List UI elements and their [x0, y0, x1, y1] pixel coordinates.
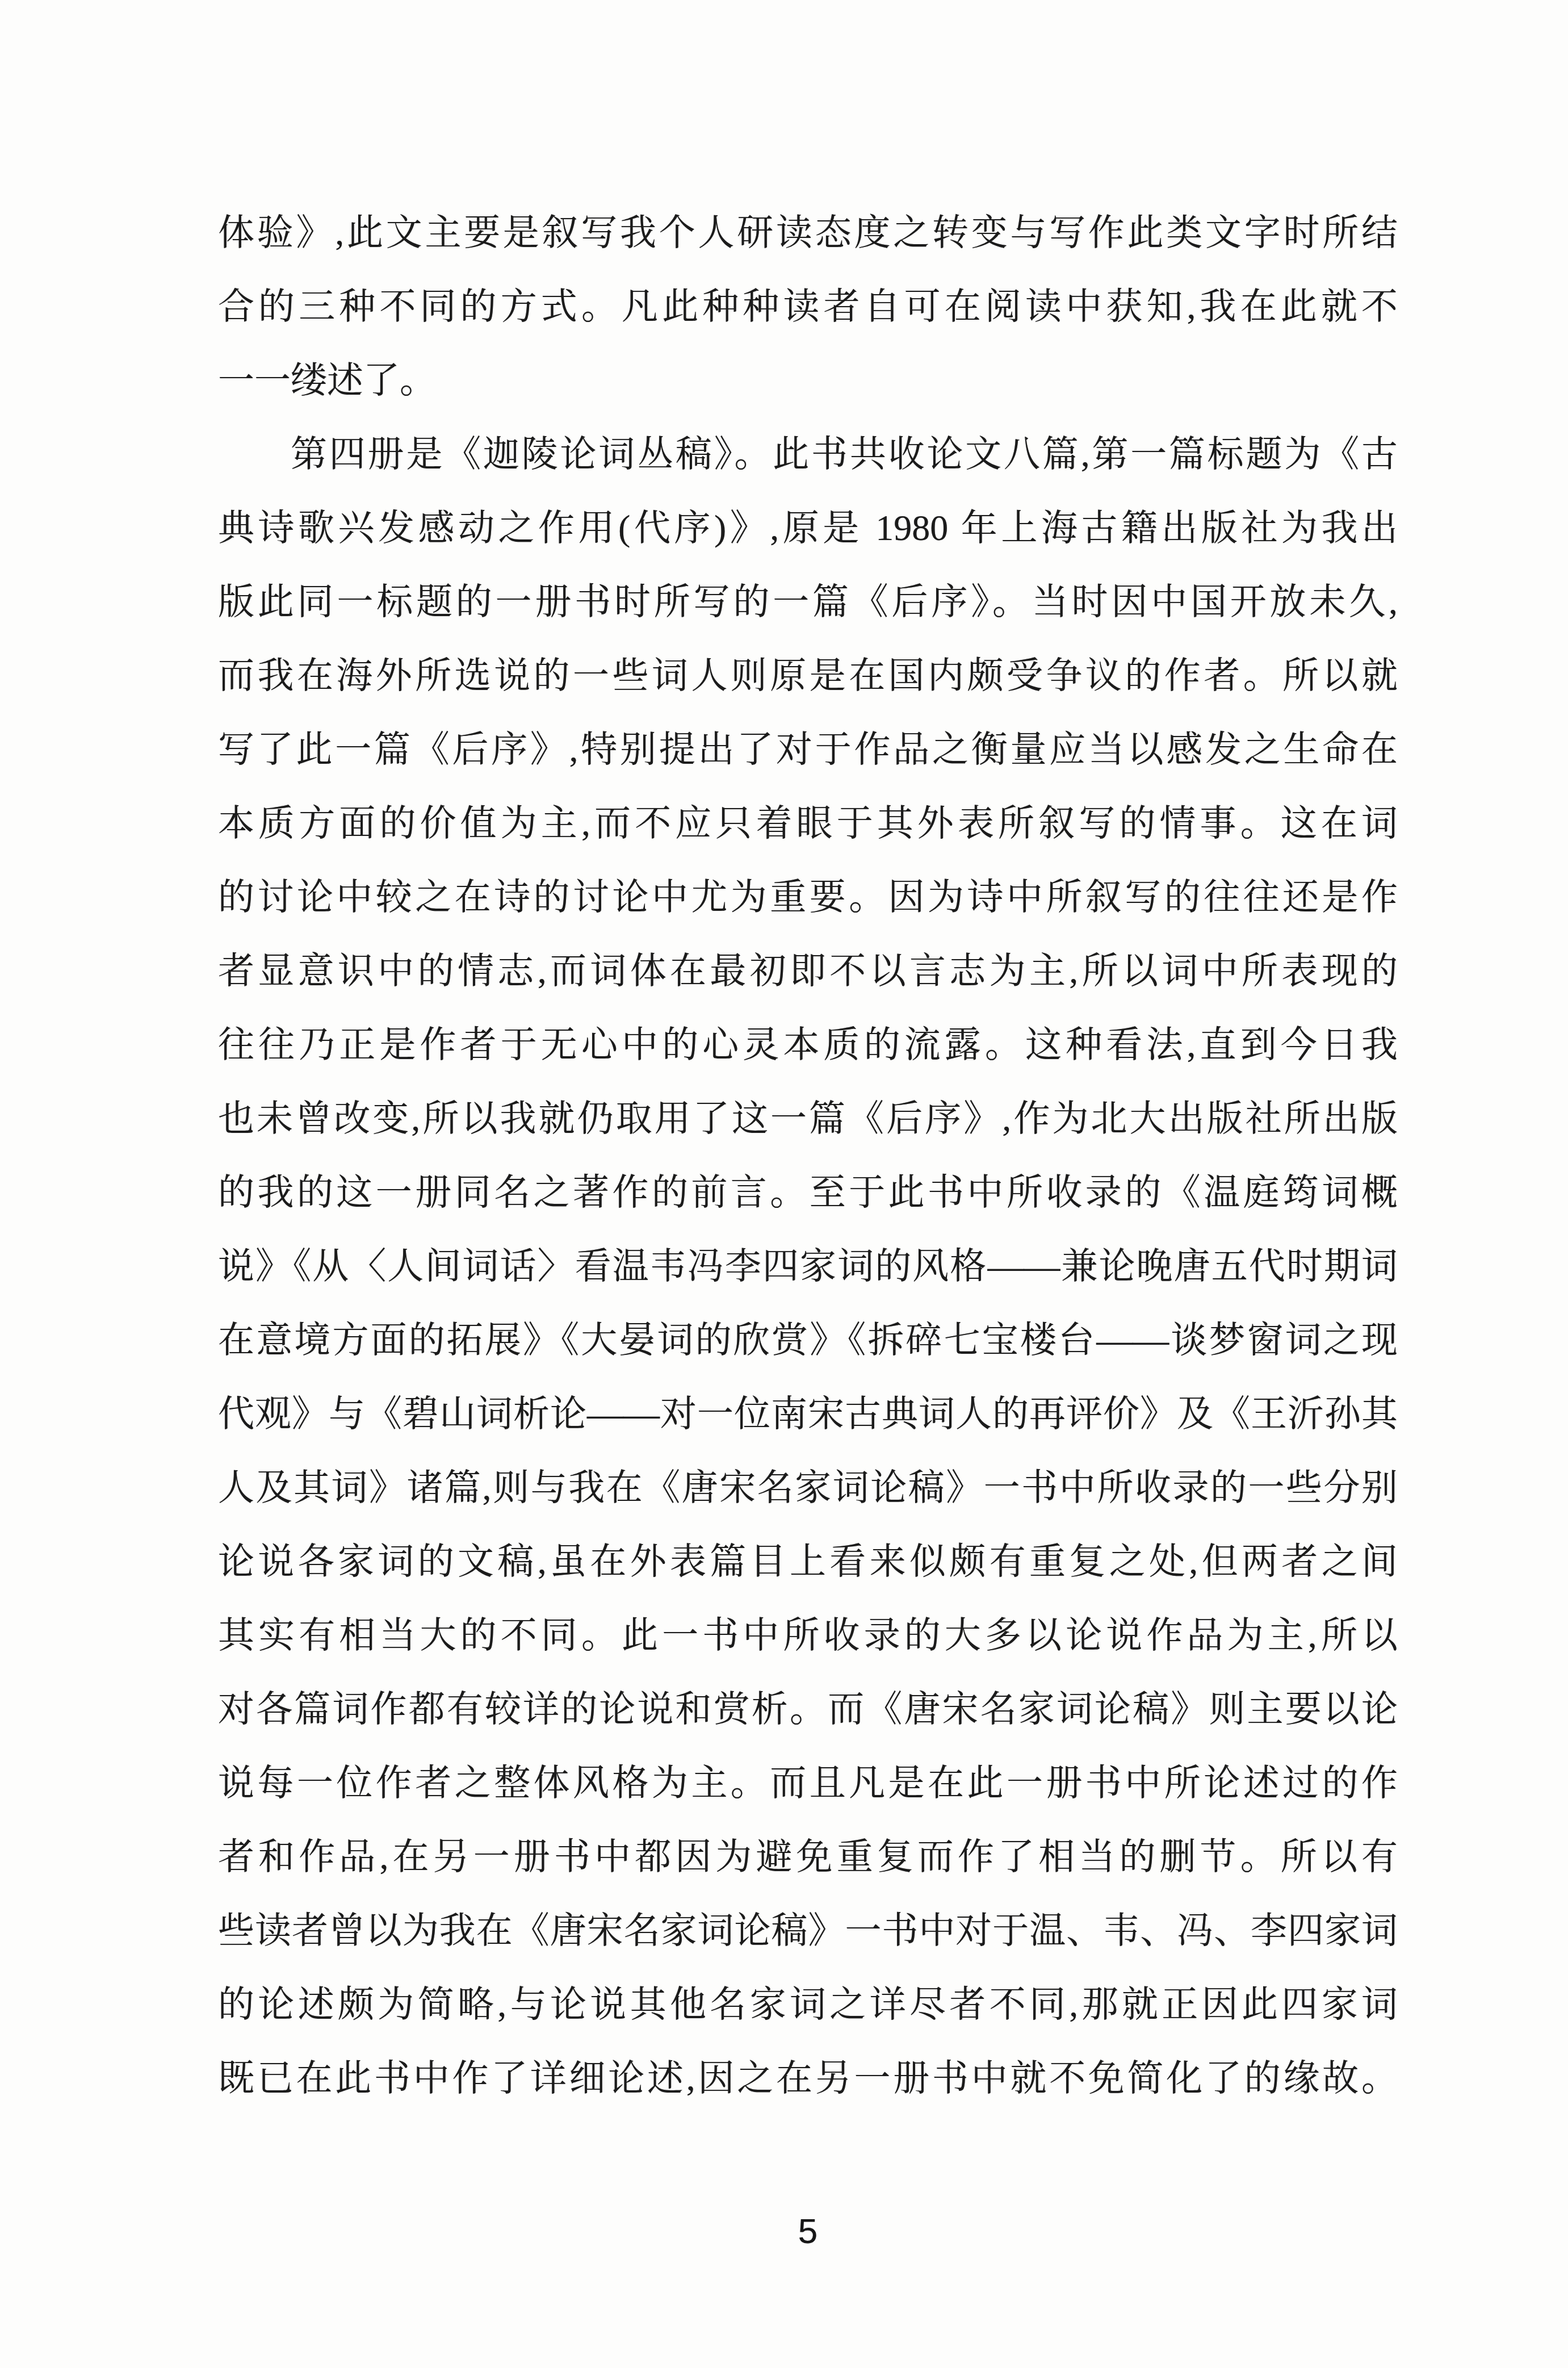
text-line: 体验》,此文主要是叙写我个人研读态度之转变与写作此类文字时所结: [218, 196, 1398, 270]
text-line: 典诗歌兴发感动之作用(代序)》,原是 1980 年上海古籍出版社为我出: [218, 491, 1398, 565]
text-line: 本质方面的价值为主,而不应只着眼于其外表所叙写的情事。这在词: [218, 786, 1398, 860]
text-line: 第四册是《迦陵论词丛稿》。此书共收论文八篇,第一篇标题为《古: [218, 417, 1398, 491]
body-text: 体验》,此文主要是叙写我个人研读态度之转变与写作此类文字时所结合的三种不同的方式…: [218, 196, 1398, 2115]
text-line: 在意境方面的拓展》《大晏词的欣赏》《拆碎七宝楼台——谈梦窗词之现: [218, 1303, 1398, 1377]
page-number: 5: [218, 2206, 1398, 2257]
document-page: { "page": { "number": "5", "lines": [ { …: [0, 0, 1568, 2368]
text-line: 的我的这一册同名之著作的前言。至于此书中所收录的《温庭筠词概: [218, 1156, 1398, 1229]
text-line: 对各篇词作都有较详的论说和赏析。而《唐宋名家词论稿》则主要以论: [218, 1672, 1398, 1746]
book-page: 体验》,此文主要是叙写我个人研读态度之转变与写作此类文字时所结合的三种不同的方式…: [0, 0, 1568, 2368]
text-line: 代观》与《碧山词析论——对一位南宋古典词人的再评价》及《王沂孙其: [218, 1377, 1398, 1451]
text-line: 也未曾改变,所以我就仍取用了这一篇《后序》,作为北大出版社所出版: [218, 1082, 1398, 1156]
text-line: 写了此一篇《后序》,特别提出了对于作品之衡量应当以感发之生命在: [218, 713, 1398, 786]
text-line: 既已在此书中作了详细论述,因之在另一册书中就不免简化了的缘故。: [218, 2041, 1398, 2115]
text-line: 说》《从〈人间词话〉看温韦冯李四家词的风格——兼论晚唐五代时期词: [218, 1229, 1398, 1303]
text-line: 人及其词》诸篇,则与我在《唐宋名家词论稿》一书中所收录的一些分别: [218, 1451, 1398, 1525]
text-line: 论说各家词的文稿,虽在外表篇目上看来似颇有重复之处,但两者之间: [218, 1525, 1398, 1599]
text-line: 版此同一标题的一册书时所写的一篇《后序》。当时因中国开放未久,: [218, 565, 1398, 639]
text-line: 一一缕述了。: [218, 344, 1398, 417]
text-line: 而我在海外所选说的一些词人则原是在国内颇受争议的作者。所以就: [218, 639, 1398, 713]
text-line: 的讨论中较之在诗的讨论中尤为重要。因为诗中所叙写的往往还是作: [218, 860, 1398, 934]
text-line: 者显意识中的情志,而词体在最初即不以言志为主,所以词中所表现的: [218, 934, 1398, 1008]
text-line: 说每一位作者之整体风格为主。而且凡是在此一册书中所论述过的作: [218, 1746, 1398, 1820]
text-line: 些读者曾以为我在《唐宋名家词论稿》一书中对于温、韦、冯、李四家词: [218, 1894, 1398, 1968]
text-line: 的论述颇为简略,与论说其他名家词之详尽者不同,那就正因此四家词: [218, 1968, 1398, 2041]
text-line: 合的三种不同的方式。凡此种种读者自可在阅读中获知,我在此就不: [218, 270, 1398, 344]
text-line: 其实有相当大的不同。此一书中所收录的大多以论说作品为主,所以: [218, 1599, 1398, 1672]
text-line: 者和作品,在另一册书中都因为避免重复而作了相当的删节。所以有: [218, 1820, 1398, 1894]
text-line: 往往乃正是作者于无心中的心灵本质的流露。这种看法,直到今日我: [218, 1008, 1398, 1082]
